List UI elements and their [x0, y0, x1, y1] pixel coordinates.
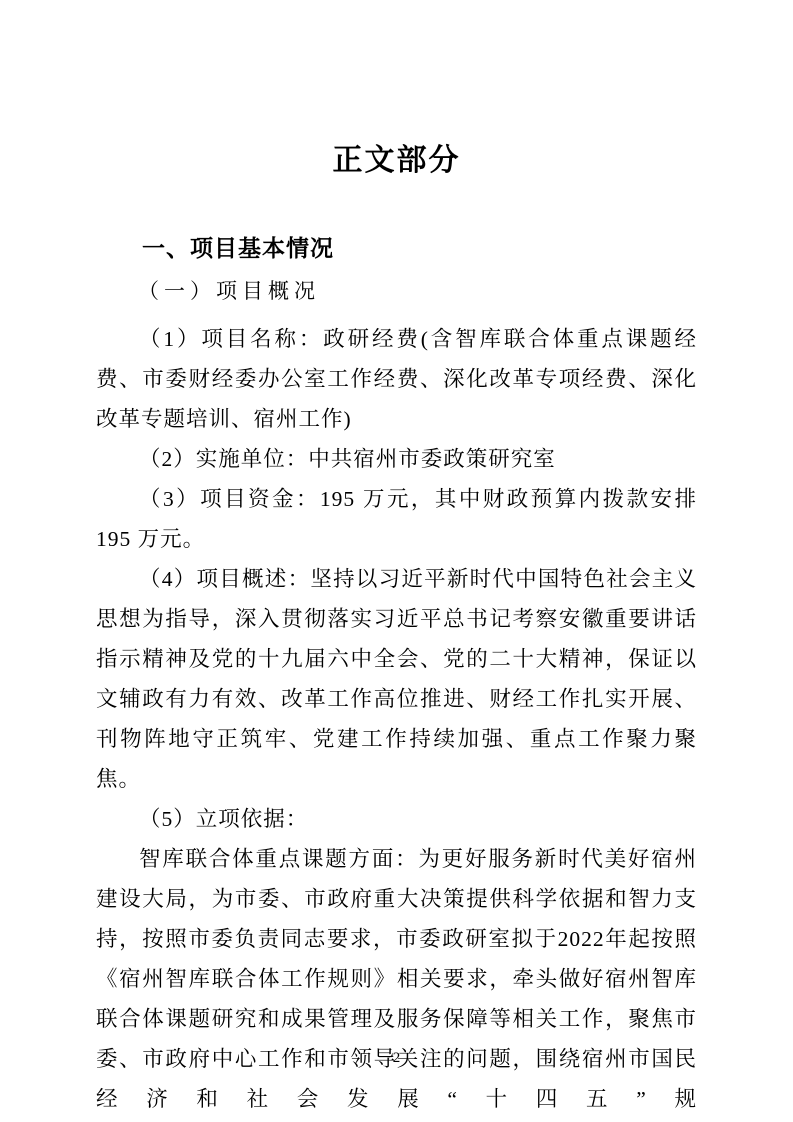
paragraph-approval-basis-label: （5）立项依据： — [96, 799, 697, 839]
paragraph-project-overview: （4）项目概述：坚持以习近平新时代中国特色社会主义思想为指导，深入贯彻落实习近平… — [96, 559, 697, 799]
paragraph-think-tank-basis: 智库联合体重点课题方面：为更好服务新时代美好宿州建设大局，为市委、市政府重大决策… — [96, 839, 697, 1119]
subsection-heading: （一）项目概况 — [96, 277, 697, 305]
document-content: 正文部分 一、项目基本情况 （一）项目概况 （1）项目名称：政研经费(含智库联合… — [96, 0, 697, 1119]
paragraph-project-funds: （3）项目资金：195 万元，其中财政预算内拨款安排 195 万元。 — [96, 479, 697, 559]
paragraph-implementing-unit: （2）实施单位：中共宿州市委政策研究室 — [96, 439, 697, 479]
paragraph-project-name: （1）项目名称：政研经费(含智库联合体重点课题经费、市委财经委办公室工作经费、深… — [96, 319, 697, 439]
page-number: 2 — [0, 1048, 793, 1068]
document-page: 正文部分 一、项目基本情况 （一）项目概况 （1）项目名称：政研经费(含智库联合… — [0, 0, 793, 1122]
section-heading: 一、项目基本情况 — [96, 233, 697, 263]
document-title: 正文部分 — [96, 141, 697, 181]
